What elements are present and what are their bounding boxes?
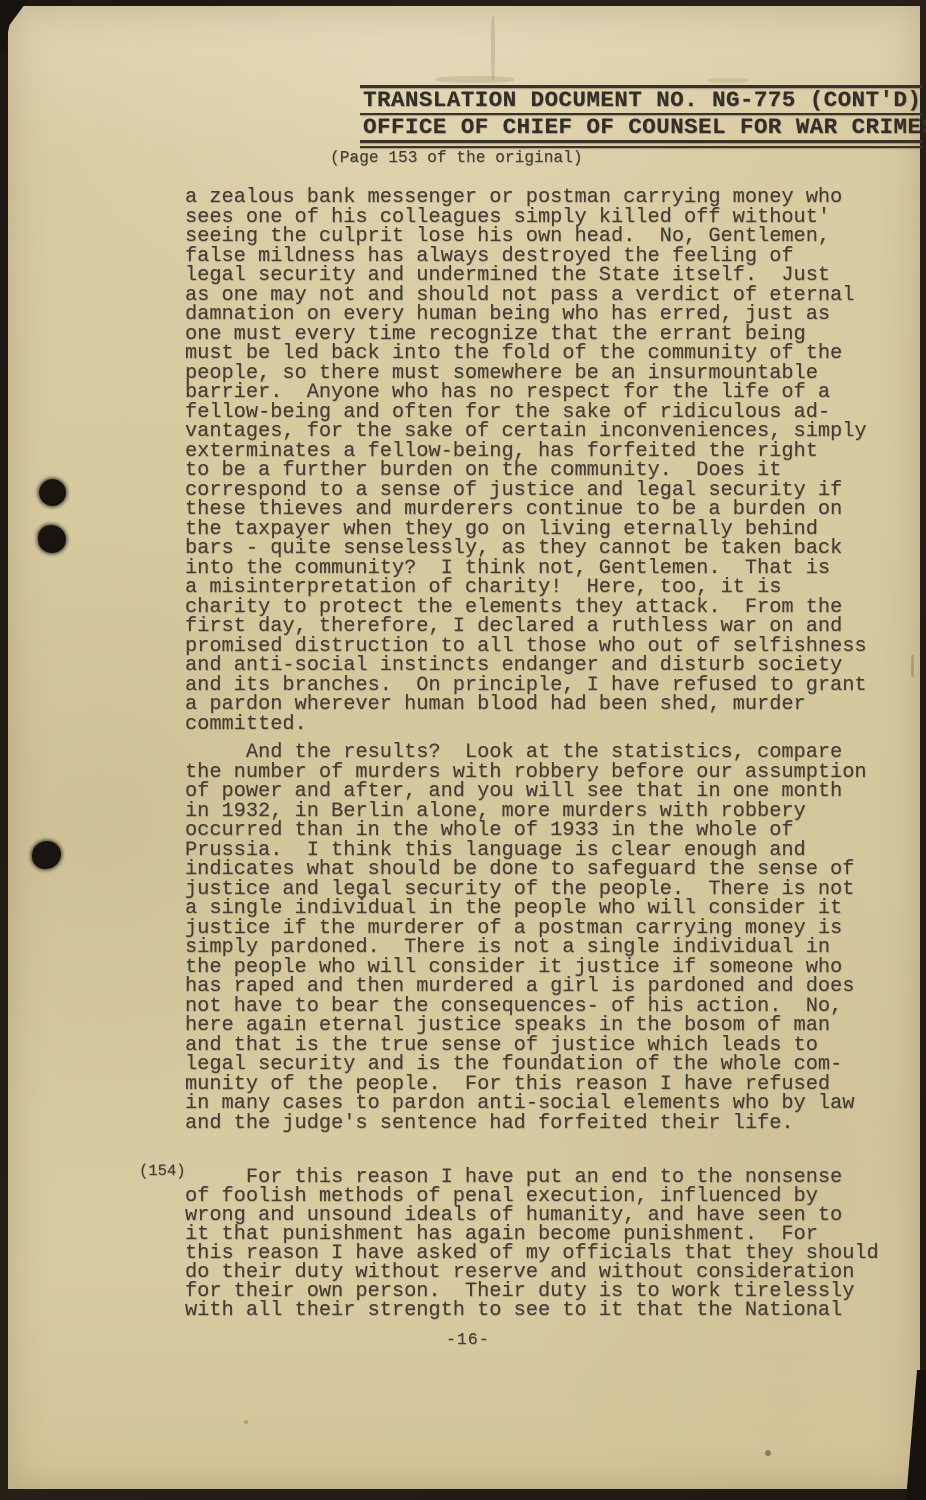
ink-speck [765, 1450, 771, 1456]
scanned-document-page: TRANSLATION DOCUMENT NO. NG-775 (CONT'D)… [0, 0, 926, 1500]
page-number: -16- [446, 1330, 490, 1349]
header-line-2: OFFICE OF CHIEF OF COUNSEL FOR WAR CRIME… [360, 115, 922, 140]
body-paragraph-3: For this reason I have put an end to the… [185, 1168, 895, 1320]
document-header: TRANSLATION DOCUMENT NO. NG-775 (CONT'D)… [360, 85, 922, 148]
ink-speck [244, 1420, 248, 1424]
ink-smudge [436, 76, 514, 83]
body-paragraph-1: a zealous bank messenger or postman carr… [185, 188, 895, 734]
punch-hole-2 [38, 525, 66, 553]
punch-hole-1 [39, 479, 66, 506]
original-page-marker: (154) [139, 1162, 186, 1180]
paper-sheet: TRANSLATION DOCUMENT NO. NG-775 (CONT'D)… [8, 6, 920, 1489]
ink-speck [911, 655, 914, 677]
header-line-1: TRANSLATION DOCUMENT NO. NG-775 (CONT'D) [360, 88, 922, 113]
page-reference: (Page 153 of the original) [330, 148, 583, 168]
ink-smudge [491, 16, 495, 80]
body-paragraph-2: And the results? Look at the statistics,… [185, 743, 895, 1133]
ink-speck [352, 156, 356, 161]
ink-smudge [708, 78, 748, 83]
